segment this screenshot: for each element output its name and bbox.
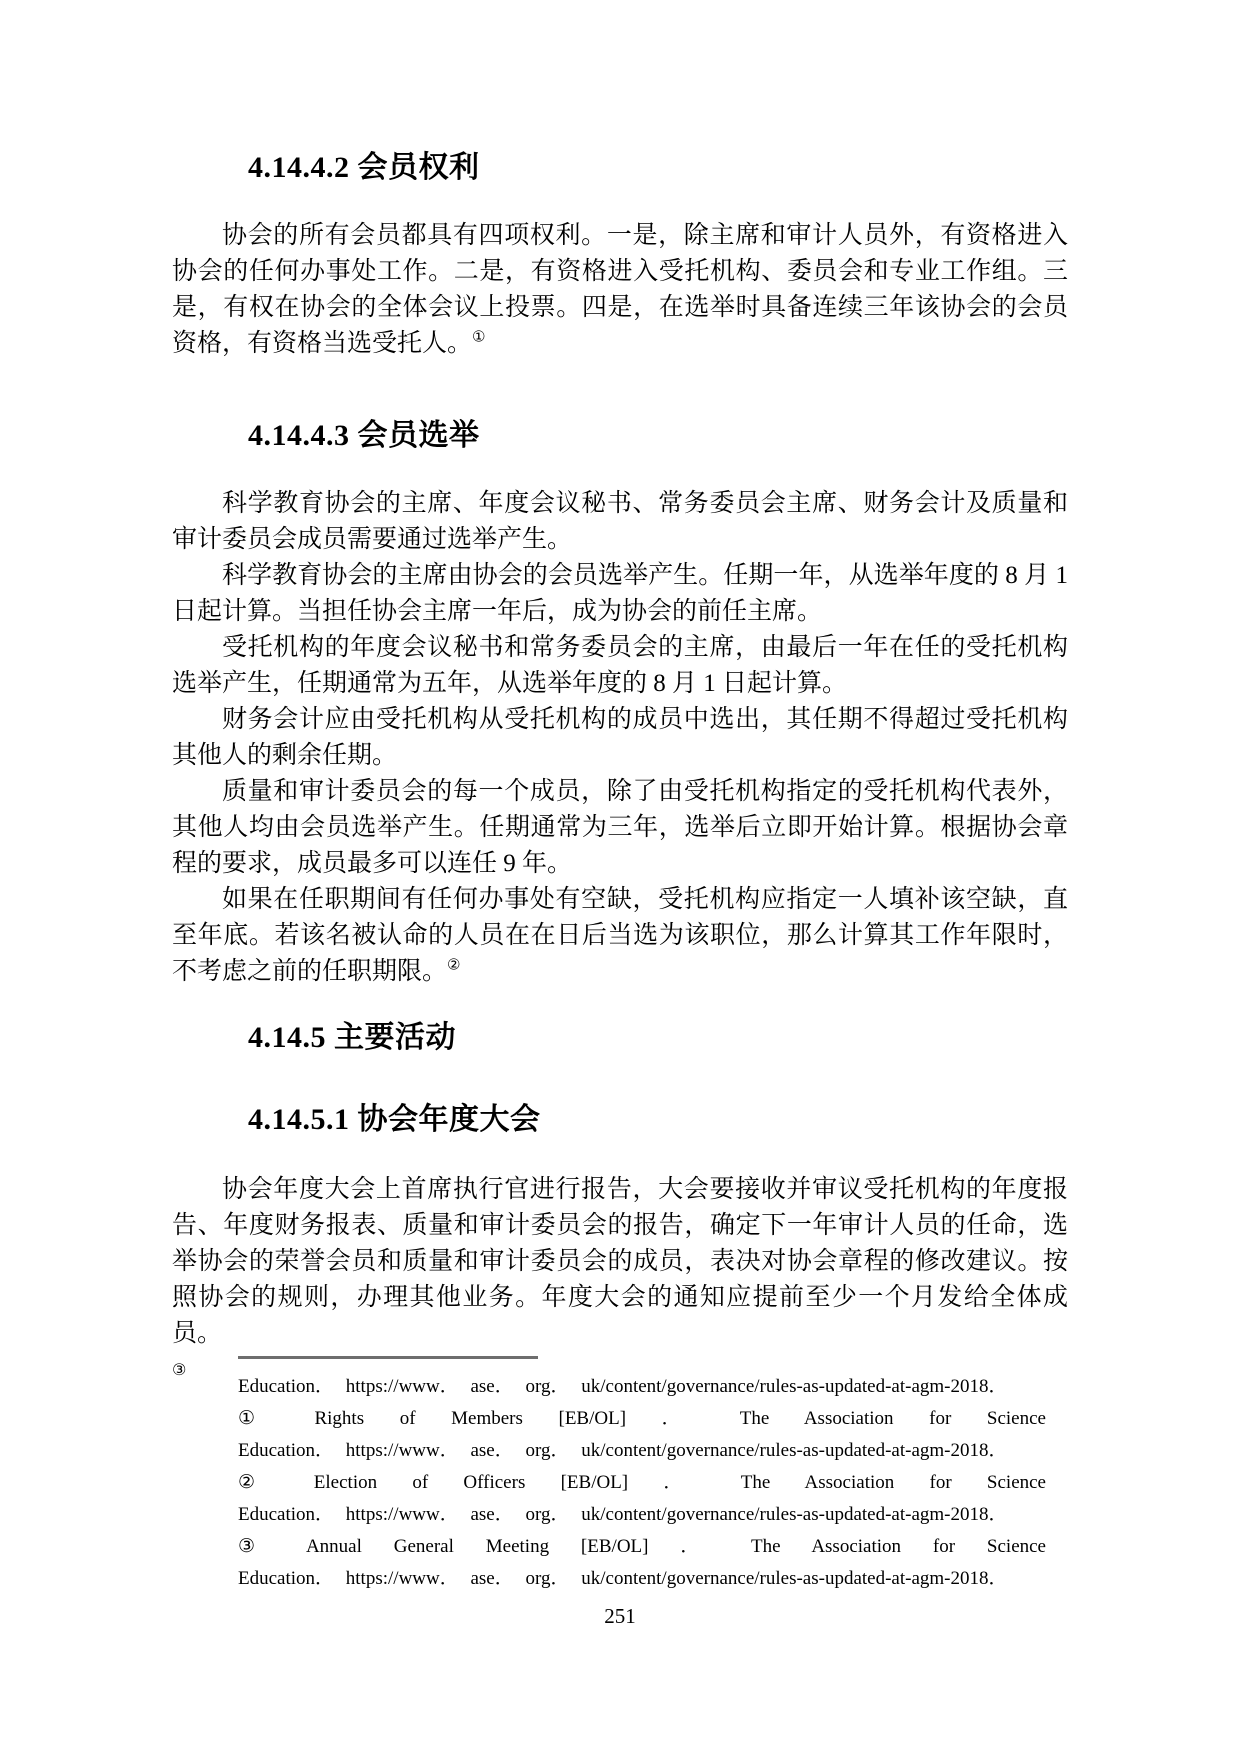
- footnote-marker-2: ②: [447, 956, 460, 974]
- footnote-1-continuation: Education． https://www． ase． org． uk/con…: [172, 1435, 1068, 1467]
- footnote-marker-1: ①: [472, 328, 485, 346]
- page-number: 251: [0, 1604, 1240, 1629]
- paragraph-election-5: 质量和审计委员会的每一个成员，除了由受托机构指定的受托机构代表外，其他人均由会员…: [172, 774, 1068, 882]
- paragraph-member-rights: 协会的所有会员都具有四项权利。一是，除主席和审计人员外，有资格进入协会的任何办事…: [172, 218, 1068, 362]
- footnote-section: Education． https://www． ase． org． uk/con…: [172, 1356, 1068, 1595]
- footnote-3: ③ Annual General Meeting [EB/OL] ． The A…: [172, 1531, 1068, 1563]
- paragraph-election-6-text: 如果在任职期间有任何办事处有空缺，受托机构应指定一人填补该空缺，直至年底。若该名…: [172, 886, 1068, 985]
- heading-main-activities: 4.14.5 主要活动: [172, 1016, 1068, 1060]
- paragraph-annual-meeting: 协会年度大会上首席执行官进行报告，大会要接收并审议受托机构的年度报告、年度财务报…: [172, 1172, 1068, 1352]
- page-content: 4.14.4.2 会员权利 协会的所有会员都具有四项权利。一是，除主席和审计人员…: [0, 0, 1240, 1388]
- footnote-1: ① Rights of Members [EB/OL] ． The Associ…: [172, 1403, 1068, 1435]
- paragraph-member-rights-text: 协会的所有会员都具有四项权利。一是，除主席和审计人员外，有资格进入协会的任何办事…: [172, 222, 1068, 357]
- footnote-separator: [238, 1356, 538, 1359]
- heading-annual-meeting: 4.14.5.1 协会年度大会: [172, 1098, 1068, 1142]
- footnote-2-continuation: Education． https://www． ase． org． uk/con…: [172, 1499, 1068, 1531]
- paragraph-election-3: 受托机构的年度会议秘书和常务委员会的主席，由最后一年在任的受托机构选举产生，任期…: [172, 630, 1068, 702]
- paragraph-election-6: 如果在任职期间有任何办事处有空缺，受托机构应指定一人填补该空缺，直至年底。若该名…: [172, 882, 1068, 990]
- heading-member-election: 4.14.4.3 会员选举: [172, 414, 1068, 458]
- paragraph-election-1: 科学教育协会的主席、年度会议秘书、常务委员会主席、财务会计及质量和审计委员会成员…: [172, 486, 1068, 558]
- footnote-3-continuation: Education． https://www． ase． org． uk/con…: [172, 1563, 1068, 1595]
- paragraph-election-4: 财务会计应由受托机构从受托机构的成员中选出，其任期不得超过受托机构其他人的剩余任…: [172, 702, 1068, 774]
- footnote-carryover-continuation: Education． https://www． ase． org． uk/con…: [172, 1371, 1068, 1403]
- heading-member-rights: 4.14.4.2 会员权利: [172, 0, 1068, 190]
- footnote-2: ② Election of Officers [EB/OL] ． The Ass…: [172, 1467, 1068, 1499]
- paragraph-election-2: 科学教育协会的主席由协会的会员选举产生。任期一年，从选举年度的 8 月 1 日起…: [172, 558, 1068, 630]
- document-page: 4.14.4.2 会员权利 协会的所有会员都具有四项权利。一是，除主席和审计人员…: [0, 0, 1240, 1753]
